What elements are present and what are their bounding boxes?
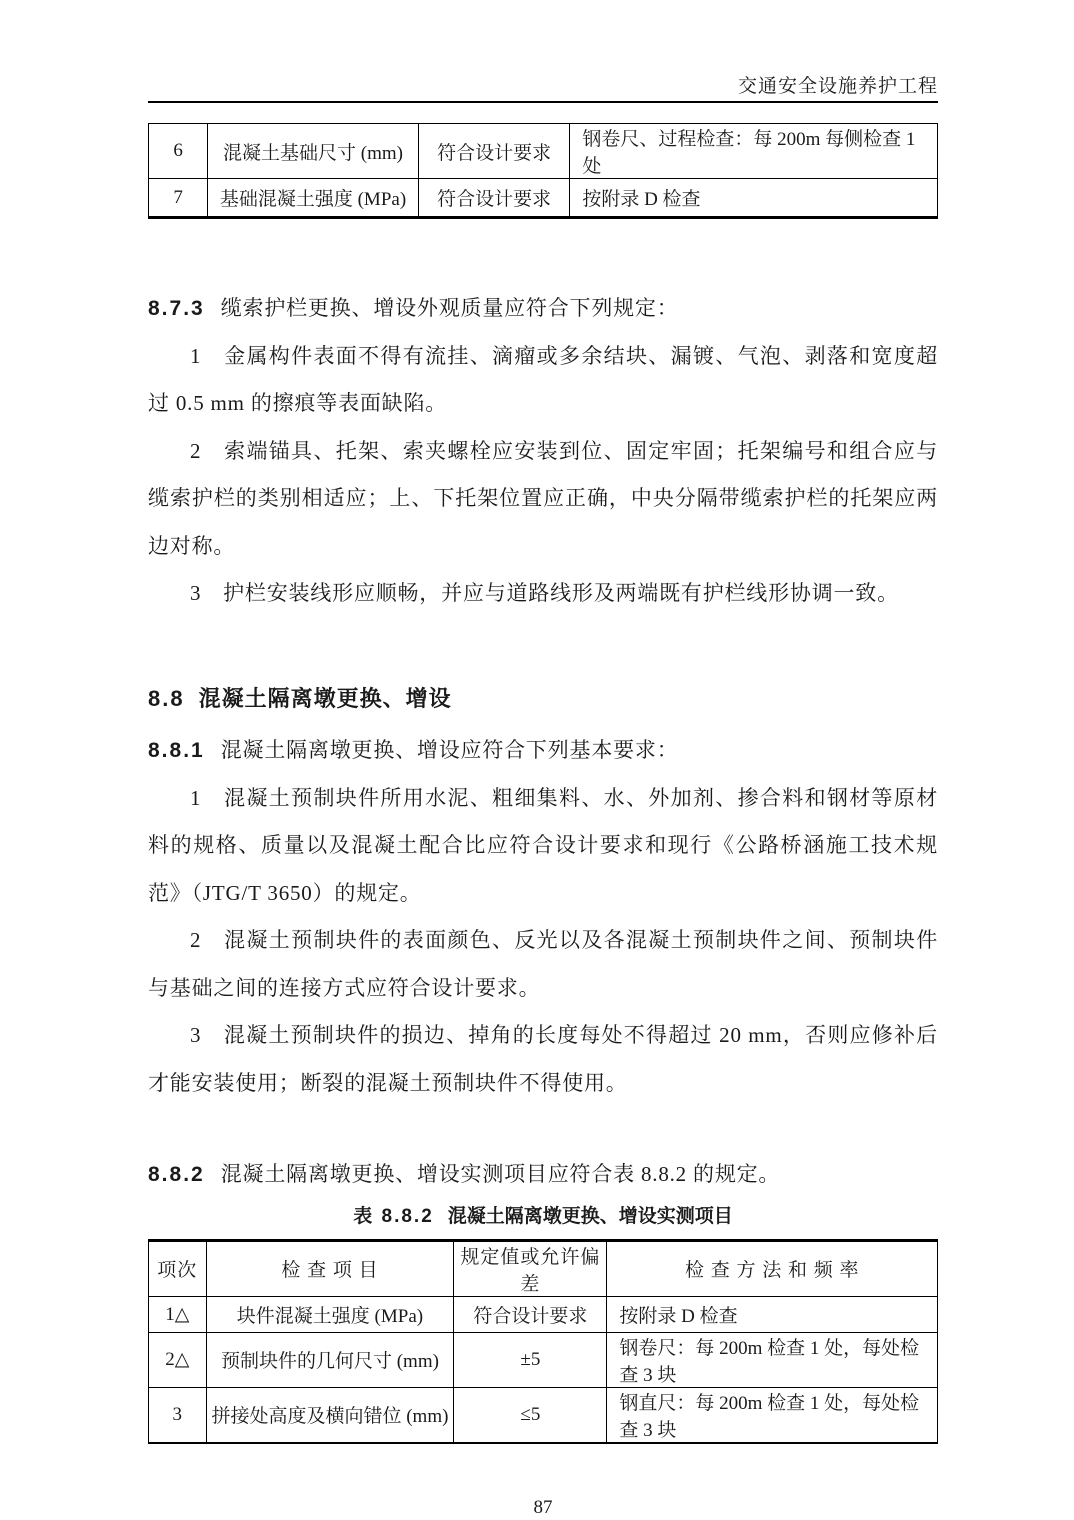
cell-check-method: 钢卷尺：每 200m 检查 1 处，每处检查 3 块 xyxy=(607,1332,938,1387)
table-row: 2△ 预制块件的几何尺寸 (mm) ±5 钢卷尺：每 200m 检查 1 处，每… xyxy=(149,1332,938,1387)
document-page: 交通安全设施养护工程 6 混凝土基础尺寸 (mm) 符合设计要求 钢卷尺、过程检… xyxy=(0,0,1074,1520)
paragraph-item: 1 金属构件表面不得有流挂、滴瘤或多余结块、漏镀、气泡、剥落和宽度超过 0.5 … xyxy=(148,333,938,428)
clause-8-8-1: 8.8.1混凝土隔离墩更换、增设应符合下列基本要求： xyxy=(148,727,938,775)
cell-item-no: 6 xyxy=(149,124,208,179)
section-heading-8-8: 8.8混凝土隔离墩更换、增设 xyxy=(148,675,938,723)
cell-check-item: 混凝土基础尺寸 (mm) xyxy=(208,124,419,179)
table-caption-label: 表 8.8.2 xyxy=(353,1206,434,1227)
cell-check-method: 钢直尺：每 200m 检查 1 处，每处检查 3 块 xyxy=(607,1387,938,1443)
cell-spec-value: 符合设计要求 xyxy=(418,124,569,179)
clause-number: 8.8.1 xyxy=(148,739,205,762)
cell-check-item: 拼接处高度及横向错位 (mm) xyxy=(206,1387,454,1443)
clause-8-8-2: 8.8.2混凝土隔离墩更换、增设实测项目应符合表 8.8.2 的规定。 xyxy=(148,1151,938,1199)
table-header-row: 项次 检 查 项 目 规定值或允许偏差 检 查 方 法 和 频 率 xyxy=(149,1240,938,1296)
cell-check-item: 预制块件的几何尺寸 (mm) xyxy=(206,1332,454,1387)
cell-check-item: 基础混凝土强度 (MPa) xyxy=(208,179,419,218)
section-title: 混凝土隔离墩更换、增设 xyxy=(199,686,452,711)
clause-text: 混凝土隔离墩更换、增设实测项目应符合表 8.8.2 的规定。 xyxy=(221,1162,781,1186)
cell-spec-value: ≤5 xyxy=(454,1387,607,1443)
cell-item-no: 3 xyxy=(149,1387,207,1443)
cell-item-no: 2△ xyxy=(149,1332,207,1387)
cell-check-method: 按附录 D 检查 xyxy=(607,1296,938,1332)
clause-8-7-3: 8.7.3缆索护栏更换、增设外观质量应符合下列规定： xyxy=(148,285,938,333)
header-check-method: 检 查 方 法 和 频 率 xyxy=(607,1240,938,1296)
clause-text: 缆索护栏更换、增设外观质量应符合下列规定： xyxy=(221,296,679,320)
clause-text: 混凝土隔离墩更换、增设应符合下列基本要求： xyxy=(221,738,679,762)
table-row: 7 基础混凝土强度 (MPa) 符合设计要求 按附录 D 检查 xyxy=(149,179,938,218)
table-row: 3 拼接处高度及横向错位 (mm) ≤5 钢直尺：每 200m 检查 1 处，每… xyxy=(149,1387,938,1443)
table-caption: 表 8.8.2混凝土隔离墩更换、增设实测项目 xyxy=(148,1203,938,1231)
cell-check-method: 按附录 D 检查 xyxy=(570,179,938,218)
page-number: 87 xyxy=(148,1496,938,1520)
paragraph-item: 1 混凝土预制块件所用水泥、粗细集料、水、外加剂、掺合料和钢材等原材料的规格、质… xyxy=(148,775,938,918)
cell-check-item: 块件混凝土强度 (MPa) xyxy=(206,1296,454,1332)
header-item-no: 项次 xyxy=(149,1240,207,1296)
table-row: 6 混凝土基础尺寸 (mm) 符合设计要求 钢卷尺、过程检查：每 200m 每侧… xyxy=(149,124,938,179)
page-content: 交通安全设施养护工程 6 混凝土基础尺寸 (mm) 符合设计要求 钢卷尺、过程检… xyxy=(148,0,938,1520)
running-header-text: 交通安全设施养护工程 xyxy=(738,76,938,97)
paragraph-item: 2 混凝土预制块件的表面颜色、反光以及各混凝土预制块件之间、预制块件与基础之间的… xyxy=(148,917,938,1012)
cell-spec-value: 符合设计要求 xyxy=(418,179,569,218)
clause-number: 8.7.3 xyxy=(148,297,205,320)
paragraph-item: 3 护栏安装线形应顺畅，并应与道路线形及两端既有护栏线形协调一致。 xyxy=(148,570,938,618)
cell-item-no: 1△ xyxy=(149,1296,207,1332)
clause-number: 8.8.2 xyxy=(148,1163,205,1186)
cell-check-method: 钢卷尺、过程检查：每 200m 每侧检查 1 处 xyxy=(570,124,938,179)
table-8-8-2: 项次 检 查 项 目 规定值或允许偏差 检 查 方 法 和 频 率 1△ 块件混… xyxy=(148,1239,938,1444)
cell-spec-value: ±5 xyxy=(454,1332,607,1387)
table-continued-top: 6 混凝土基础尺寸 (mm) 符合设计要求 钢卷尺、过程检查：每 200m 每侧… xyxy=(148,123,938,219)
table-row: 1△ 块件混凝土强度 (MPa) 符合设计要求 按附录 D 检查 xyxy=(149,1296,938,1332)
paragraph-item: 3 混凝土预制块件的损边、掉角的长度每处不得超过 20 mm，否则应修补后才能安… xyxy=(148,1012,938,1107)
paragraph-item: 2 索端锚具、托架、索夹螺栓应安装到位、固定牢固；托架编号和组合应与缆索护栏的类… xyxy=(148,428,938,571)
table-caption-title: 混凝土隔离墩更换、增设实测项目 xyxy=(448,1206,733,1227)
running-header: 交通安全设施养护工程 xyxy=(148,0,938,103)
section-number: 8.8 xyxy=(148,686,185,711)
header-check-item: 检 查 项 目 xyxy=(206,1240,454,1296)
cell-item-no: 7 xyxy=(149,179,208,218)
header-spec-value: 规定值或允许偏差 xyxy=(454,1240,607,1296)
cell-spec-value: 符合设计要求 xyxy=(454,1296,607,1332)
